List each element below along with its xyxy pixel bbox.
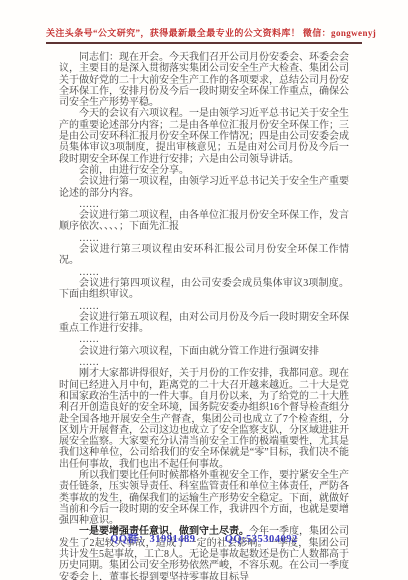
ellipsis-separator: …… (59, 357, 349, 368)
document-body: 同志们：现在开会。今天我们召开公司月份安委会、环委会会议，主要目的是深入贯彻落实… (59, 52, 349, 580)
body-paragraph: 会议进行第三项议程由安环科汇报公司月份安全环保工作情况。 (59, 244, 349, 267)
body-paragraph: 会议进行第五项议程，由对公司月份及今后一段时期安全环保重点工作进行安排。 (59, 312, 349, 335)
ellipsis-separator: …… (59, 301, 349, 312)
ellipsis-separator: …… (59, 334, 349, 345)
body-paragraph: 会议进行第二项议程，由各单位汇报月份安全环保工作，发言顺序依次、、、、；下面先汇… (59, 210, 349, 233)
body-paragraph: 会前，由进行安全分享。 (59, 165, 349, 176)
qq-group-number: QQ群：31991489 (110, 534, 195, 545)
body-paragraph: 会议进行第六项议程，下面由就分管工作进行强调安排 (59, 346, 349, 357)
body-paragraph: 同志们：现在开会。今天我们召开公司月份安委会、环委会会议，主要目的是深入贯彻落实… (59, 52, 349, 108)
document-page: 关注头条号“公文研究”，获得最新最全最专业的公文资料库！ 微信：gongweny… (0, 0, 408, 580)
body-paragraph: 所以我们要比任何时候都格外重视安全工作，要拧紧安全生产责任链条，压实领导责任、科… (59, 470, 349, 526)
banner-text: 关注头条号“公文研究”，获得最新最全最专业的公文资料库！ 微信：gongweny… (46, 28, 376, 38)
body-paragraph: 今天的会议有六项议程。一是由领学习近平总书记关于安全生产的重要论述部分内容；二是… (59, 108, 349, 164)
body-paragraph: 刚才大家都讲得很好，关于月份的工作安排，我都同意。现在时间已经进入月中旬，距离党… (59, 368, 349, 470)
ellipsis-separator: …… (59, 199, 349, 210)
footer-contact: QQ群：31991489 QQ:535304092 (0, 531, 408, 546)
body-paragraph: 会议进行第一项议程，由领学习近平总书记关于安全生产重要论述的部分内容。 (59, 176, 349, 199)
header-banner: 关注头条号“公文研究”，获得最新最全最专业的公文资料库！ 微信：gongweny… (46, 26, 362, 44)
ellipsis-separator: …… (59, 267, 349, 278)
qq-number: QQ:535304092 (225, 534, 298, 545)
ellipsis-separator: …… (59, 233, 349, 244)
body-paragraph: 会议进行第四项议程，由公司安委会成员集体审议3项制度。下面由组织审议。 (59, 278, 349, 301)
